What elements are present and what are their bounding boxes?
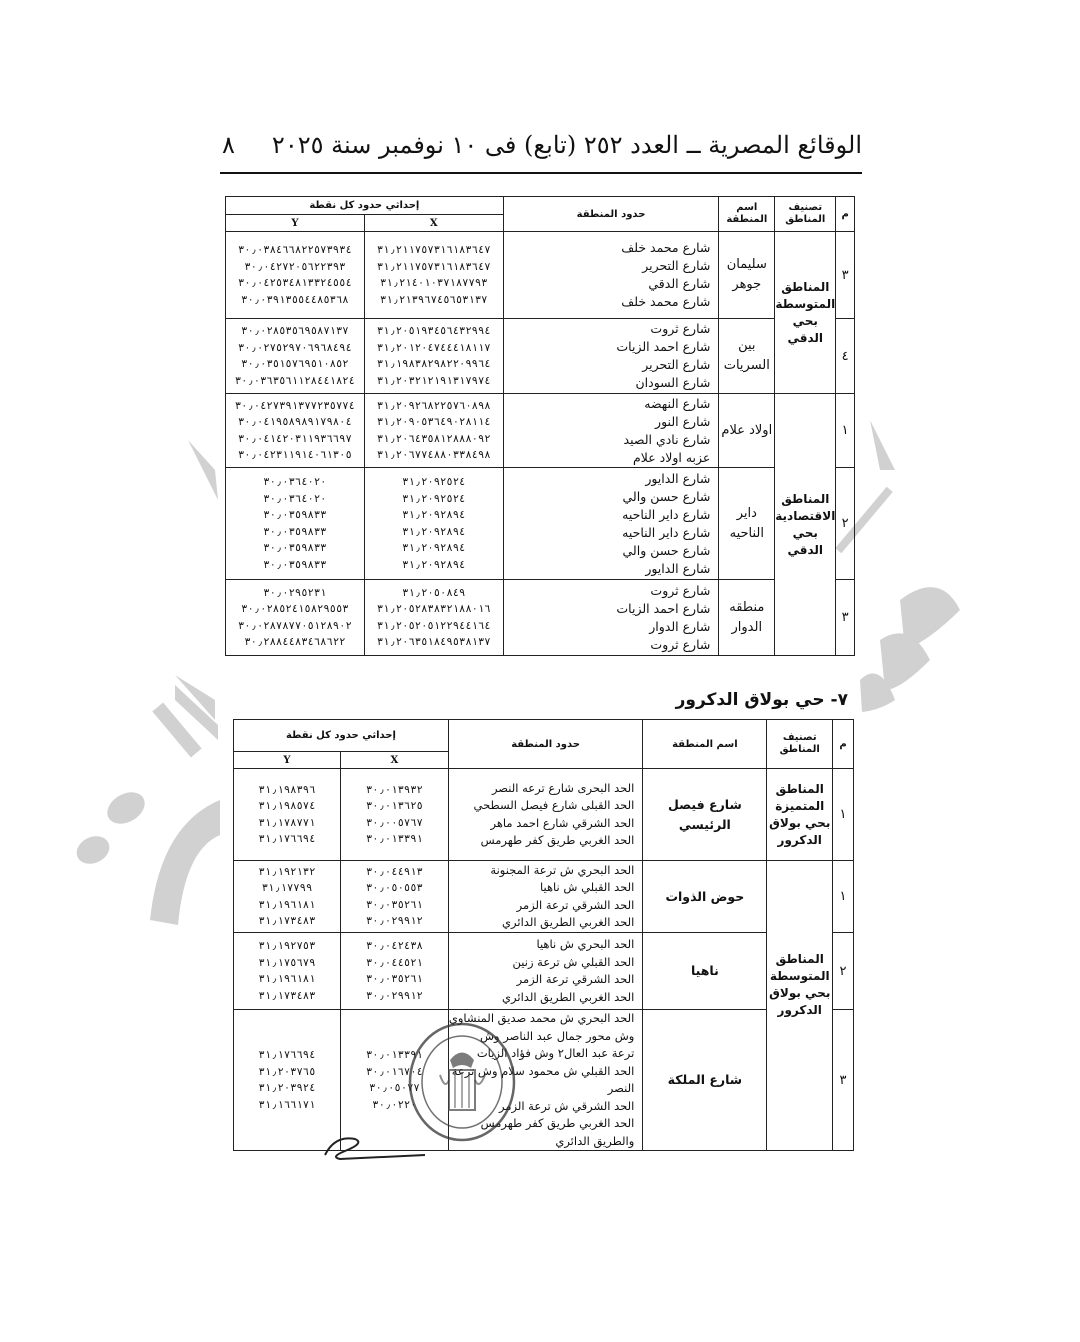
y-value: ٣٠٫٠٣٩١٣٥٥٤٤٨٥٣٦٨ — [226, 292, 364, 309]
street: شارع الدايور — [504, 470, 711, 488]
y-value: ٣١٫١٧٧٩٩ — [234, 880, 340, 897]
table-row: ١ المناطق المتوسطة بحي بولاق الدكرور حوض… — [234, 861, 854, 933]
row-index: ١ — [833, 861, 854, 933]
y-value: ٣٠٫٠٤١٩٥٨٩٨٩١٧٩٨٠٤ — [226, 414, 364, 431]
street: الحد البحري ش محمد صديق المنشاوي — [449, 1010, 634, 1028]
x-value: ٣٠٫٠٢٢٠ — [341, 1097, 448, 1114]
y-value: ٣١٫١٧٦٦٩٤ — [234, 831, 340, 848]
x-value: ٣١٫٢٠٦٧٧٤٨٨٠٣٣٨٤٩٨ — [365, 447, 503, 464]
y-value: ٣١٫١٩٦١٨١ — [234, 897, 340, 914]
table-row: ٢ داير الناحيه شارع الدايور شارع حسن وال… — [226, 468, 855, 580]
page-title: الوقائع المصرية ــ العدد ٢٥٢ (تابع) فى ١… — [272, 131, 862, 159]
y-value: ٣١٫٢٠٣٧٦٥ — [234, 1064, 340, 1081]
x-value: ٣١٫٢١١٧٥٧٣١٦١٨٣٦٤٧ — [365, 242, 503, 259]
table-row: ١ المناطق المتميزة بحي بولاق الدكرور شار… — [234, 769, 854, 861]
street: وش محور جمال عبد الناصر وش — [449, 1028, 634, 1046]
x-value: ٣٠٫٠٤٤٥٢١ — [341, 955, 448, 972]
row-area-name: حوض الذوات — [643, 861, 767, 933]
y-value: ٣٠٫٠٣٨٤٦٦٨٢٢٥٧٣٩٣٤ — [226, 242, 364, 259]
x-value: ٣١٫٢٠٩٢٨٩٤ — [365, 524, 503, 541]
y-value: ٣٠٫٠٢٧٥٢٩٧٠٦٩٦٨٤٩٤ — [226, 340, 364, 357]
row-area-name: سليمان جوهر — [719, 232, 775, 319]
x-value: ٣١٫٢١٣٩٦٧٤٥٦٥٣١٣٧ — [365, 292, 503, 309]
x-value: ٣٠٫٠١٣٦٢٥ — [341, 798, 448, 815]
street: والطريق الدائري — [449, 1133, 634, 1151]
col-header-coords: إحداثي حدود كل نقطة — [234, 720, 449, 752]
row-category: المناطق المتميزة بحي بولاق الدكرور — [767, 769, 833, 861]
y-value: ٣١٫١٩٨٣٩٦ — [234, 782, 340, 799]
y-value: ٣١٫٢٠٣٩٢٤ — [234, 1080, 340, 1097]
row-x-coords: ٣١٫٢٠٩٢٥٢٤ ٣١٫٢٠٩٢٥٢٤ ٣١٫٢٠٩٢٨٩٤ ٣١٫٢٠٩٢… — [364, 468, 503, 580]
y-value: ٣١٫١٩٨٥٧٤ — [234, 798, 340, 815]
col-header-y: Y — [226, 215, 365, 232]
row-x-coords: ٣٠٫٠٤٢٤٣٨ ٣٠٫٠٤٤٥٢١ ٣٠٫٠٣٥٢٦١ ٣٠٫٠٢٩٩١٢ — [340, 933, 448, 1010]
street: شارع الدوار — [504, 618, 711, 636]
row-streets: شارع ثروت شارع احمد الزيات شارع الدوار ش… — [503, 580, 719, 656]
x-value: ٣٠٫٠٥٠٧٧ — [341, 1080, 448, 1097]
row-index: ١ — [836, 394, 855, 468]
row-index: ٣ — [836, 580, 855, 656]
street: الحد الغربي طريق كفر طهرمس — [449, 832, 634, 850]
x-value: ٣١٫٢١١٧٥٧٣١٦١٨٣٦٤٧ — [365, 259, 503, 276]
street: شارع التحرير — [504, 356, 711, 374]
col-header-area-name: اسم المنطقة — [719, 197, 775, 232]
table-row: ٢ ناهيا الحد البحري ش ناهيا الحد القبلي … — [234, 933, 854, 1010]
street: شارع حسن والي — [504, 542, 711, 560]
x-value: ٣٠٫٠١٣٣٩١ — [341, 831, 448, 848]
col-header-coords: إحداثي حدود كل نقطة — [226, 197, 504, 215]
row-index: ٤ — [836, 319, 855, 394]
x-value: ٣١٫٢٠٥١٩٣٤٥٦٤٣٢٩٩٤ — [365, 323, 503, 340]
y-value: ٣١٫١٩٢٧٥٣ — [234, 938, 340, 955]
street: الحد الغربي الطريق الدائري — [449, 989, 634, 1007]
row-index: ٣ — [833, 1010, 854, 1151]
row-y-coords: ٣٠٫٠٢٩٥٢٣١ ٣٠٫٠٢٨٥٢٤١٥٨٢٩٥٥٣ ٣٠٫٠٢٨٧٨٧٧٠… — [226, 580, 365, 656]
col-header-y: Y — [234, 752, 341, 769]
street: الحد الشرقي ترعة الزمر — [449, 897, 634, 915]
x-value: ٣١٫٢٠٥٢٨٣٨٣٢١٨٨٠١٦ — [365, 601, 503, 618]
x-value: ٣١٫٢٠٦٤٣٥٨١٢٨٨٨٠٩٢ — [365, 431, 503, 448]
y-value: ٣٠٫٠٣٥٩٨٣٣ — [226, 557, 364, 574]
y-value: ٣٠٫٠٣٥٩٨٣٣ — [226, 540, 364, 557]
row-category: المناطق الاقتصادية بحي الدقي — [775, 394, 836, 656]
street: شارع احمد الزيات — [504, 338, 711, 356]
x-value: ٣١٫٢٠٩٠٥٣٦٤٩٠٢٨١١٤ — [365, 414, 503, 431]
row-area-name: بين السريات — [719, 319, 775, 394]
x-value: ٣١٫٢١٤٠١٠٣٧١٨٧٧٩٣ — [365, 275, 503, 292]
row-area-name: شارع فيصل الرئيسي — [643, 769, 767, 861]
street: شارع داير الناحيه — [504, 524, 711, 542]
row-x-coords: ٣١٫٢٠٥١٩٣٤٥٦٤٣٢٩٩٤ ٣١٫٢٠١٢٠٤٧٤٤٤١٨١١٧ ٣١… — [364, 319, 503, 394]
y-value: ٣٠٫٠٤٢٥٣٤٨١٣٣٢٤٥٥٤ — [226, 275, 364, 292]
col-header-x: X — [364, 215, 503, 232]
row-x-coords: ٣٠٫٠٤٤٩١٣ ٣٠٫٠٥٠٥٥٣ ٣٠٫٠٣٥٢٦١ ٣٠٫٠٢٩٩١٢ — [340, 861, 448, 933]
row-x-coords: ٣١٫٢١١٧٥٧٣١٦١٨٣٦٤٧ ٣١٫٢١١٧٥٧٣١٦١٨٣٦٤٧ ٣١… — [364, 232, 503, 319]
y-value: ٣٠٫٠٣٥٩٨٣٣ — [226, 507, 364, 524]
street: ترعة عبد العال٢ وش فؤاد الزيات — [449, 1045, 634, 1063]
x-value: ٣٠٫٠٢٩٩١٢ — [341, 988, 448, 1005]
table-row: ٣ المناطق المتوسطة بحي الدقي سليمان جوهر… — [226, 232, 855, 319]
y-value: ٣٠٫٠٢٨٥٢٤١٥٨٢٩٥٥٣ — [226, 601, 364, 618]
x-value: ٣١٫٢٠٩٢٥٢٤ — [365, 474, 503, 491]
header-divider — [220, 172, 862, 174]
y-value: ٣٠٫٠٤١٤٢٠٣١١٩٣٦٦٩٧ — [226, 431, 364, 448]
section-title: ٧- حي بولاق الدكرور — [600, 690, 848, 710]
row-y-coords: ٣١٫١٩٨٣٩٦ ٣١٫١٩٨٥٧٤ ٣١٫١٧٨٧٧١ ٣١٫١٧٦٦٩٤ — [234, 769, 341, 861]
row-index: ٢ — [836, 468, 855, 580]
row-index: ٣ — [836, 232, 855, 319]
street: شارع ثروت — [504, 636, 711, 654]
y-value: ٣٠٫٠٣٥٩٨٣٣ — [226, 524, 364, 541]
row-x-coords: ٣٠٫٠١٣٣٩١ ٣٠٫٠١٦٧٠٤ ٣٠٫٠٥٠٧٧ ٣٠٫٠٢٢٠ — [340, 1010, 448, 1151]
col-header-boundaries: حدود المنطقة — [503, 197, 719, 232]
row-y-coords: ٣١٫١٩٢٧٥٣ ٣١٫١٧٥٦٧٩ ٣١٫١٩٦١٨١ ٣١٫١٧٣٤٨٣ — [234, 933, 341, 1010]
y-value: ٣٠٫٠٤٢٧٣٩١٣٧٧٢٣٥٧٧٤ — [226, 398, 364, 415]
row-area-name: ناهيا — [643, 933, 767, 1010]
row-category: المناطق المتوسطة بحي الدقي — [775, 232, 836, 394]
street: شارع ثروت — [504, 320, 711, 338]
y-value: ٣٠٫٠٤٢٧٢٠٥٦٢٢٣٩٣ — [226, 259, 364, 276]
y-value: ٣٠٫٠٣٦٤٠٢٠ — [226, 474, 364, 491]
row-area-name: شارع الملكة — [643, 1010, 767, 1151]
y-value: ٣٠٫٠٢٩٥٢٣١ — [226, 585, 364, 602]
page-number: ٨ — [222, 131, 235, 159]
table-row: ٣ شارع الملكة الحد البحري ش محمد صديق ال… — [234, 1010, 854, 1151]
x-value: ٣٠٫٠٠٥٧٦٧ — [341, 815, 448, 832]
street: الحد الغربي الطريق الدائري — [449, 914, 634, 932]
row-x-coords: ٣٠٫٠١٣٩٣٢ ٣٠٫٠١٣٦٢٥ ٣٠٫٠٠٥٧٦٧ ٣٠٫٠١٣٣٩١ — [340, 769, 448, 861]
col-header-index: م — [833, 720, 854, 769]
zones-table-bulaq: م تصنيف المناطق اسم المنطقة حدود المنطقة… — [233, 719, 854, 1151]
x-value: ٣٠٫٠٣٥٢٦١ — [341, 897, 448, 914]
col-header-boundaries: حدود المنطقة — [448, 720, 642, 769]
col-header-area-name: اسم المنطقة — [643, 720, 767, 769]
y-value: ٣٠٫٢٨٨٤٤٨٣٤٦٨٦٢٢ — [226, 634, 364, 651]
x-value: ٣١٫٢٠١٢٠٤٧٤٤٤١٨١١٧ — [365, 340, 503, 357]
street: شارع الدقي — [504, 275, 711, 293]
row-streets: شارع محمد خلف شارع التحرير شارع الدقي شا… — [503, 232, 719, 319]
street: الحد القبلي ش ناهيا — [449, 879, 634, 897]
x-value: ٣٠٫٠٢٩٩١٢ — [341, 913, 448, 930]
row-area-name: منطقه الدوار — [719, 580, 775, 656]
street: شارع احمد الزيات — [504, 600, 711, 618]
col-header-category: تصنيف المناطق — [767, 720, 833, 769]
row-x-coords: ٣١٫٢٠٥٠٨٤٩ ٣١٫٢٠٥٢٨٣٨٣٢١٨٨٠١٦ ٣١٫٢٠٥٢٠٥١… — [364, 580, 503, 656]
x-value: ٣٠٫٠١٦٧٠٤ — [341, 1064, 448, 1081]
x-value: ٣١٫٢٠٩٢٦٨٢٢٥٧٦٠٨٩٨ — [365, 398, 503, 415]
y-value: ٣١٫١٩٢١٣٢ — [234, 864, 340, 881]
street: الحد الغربي طريق كفر طهرمس — [449, 1115, 634, 1133]
x-value: ٣١٫٢٠٩٢٥٢٤ — [365, 491, 503, 508]
zones-table-dokki: م تصنيف المناطق اسم المنطقة حدود المنطقة… — [225, 196, 855, 656]
street: الحد البحري ش ترعة المجنونة — [449, 862, 634, 880]
y-value: ٣١٫١٧٥٦٧٩ — [234, 955, 340, 972]
row-y-coords: ٣١٫١٧٦٦٩٤ ٣١٫٢٠٣٧٦٥ ٣١٫٢٠٣٩٢٤ ٣١٫١٦٦١٧١ — [234, 1010, 341, 1151]
row-y-coords: ٣١٫١٩٢١٣٢ ٣١٫١٧٧٩٩ ٣١٫١٩٦١٨١ ٣١٫١٧٣٤٨٣ — [234, 861, 341, 933]
x-value: ٣٠٫٠٤٤٩١٣ — [341, 864, 448, 881]
street: الحد القبلى شارع فيصل السطحي — [449, 797, 634, 815]
y-value: ٣١٫١٧٦٦٩٤ — [234, 1047, 340, 1064]
x-value: ٣٠٫٠٤٢٤٣٨ — [341, 938, 448, 955]
street: شارع محمد خلف — [504, 293, 711, 311]
street: الحد الشرقي شارع احمد ماهر — [449, 815, 634, 833]
street: شارع الدايور — [504, 560, 711, 578]
street: شارع التحرير — [504, 257, 711, 275]
street: شارع داير الناحيه — [504, 506, 711, 524]
y-value: ٣١٫١٦٦١٧١ — [234, 1097, 340, 1114]
table-row: ١ المناطق الاقتصادية بحي الدقي اولاد علا… — [226, 394, 855, 468]
row-streets: الحد البحرى شارع ترعه النصر الحد القبلى … — [448, 769, 642, 861]
y-value: ٣٠٫٠٣٥١٥٧٦٩٥١٠٨٥٢ — [226, 356, 364, 373]
row-y-coords: ٣٠٫٠٣٦٤٠٢٠ ٣٠٫٠٣٦٤٠٢٠ ٣٠٫٠٣٥٩٨٣٣ ٣٠٫٠٣٥٩… — [226, 468, 365, 580]
x-value: ٣١٫٢٠٩٢٨٩٤ — [365, 557, 503, 574]
street: الحد البحرى شارع ترعه النصر — [449, 780, 634, 798]
row-category: المناطق المتوسطة بحي بولاق الدكرور — [767, 861, 833, 1151]
y-value: ٣١٫١٧٣٤٨٣ — [234, 988, 340, 1005]
x-value: ٣١٫٢٠٣٢١٢١٩١٣١٧٩٧٤ — [365, 373, 503, 390]
street: شارع النور — [504, 413, 711, 431]
col-header-category: تصنيف المناطق — [775, 197, 836, 232]
street: الحد القبلي ش محمود سلام وش ترعة — [449, 1063, 634, 1081]
row-streets: الحد البحري ش محمد صديق المنشاوي وش محور… — [448, 1010, 642, 1151]
x-value: ٣٠٫٠٥٠٥٥٣ — [341, 880, 448, 897]
row-index: ١ — [833, 769, 854, 861]
street: شارع ثروت — [504, 582, 711, 600]
x-value: ٣١٫٢٠٥٢٠٥١٢٢٩٤٤١٦٤ — [365, 618, 503, 635]
row-area-name: اولاد علام — [719, 394, 775, 468]
y-value: ٣١٫١٩٦١٨١ — [234, 971, 340, 988]
x-value: ٣١٫١٩٨٣٨٢٩٨٢٢٠٩٩٦٤ — [365, 356, 503, 373]
street: شارع محمد خلف — [504, 239, 711, 257]
y-value: ٣٠٫٠٢٨٥٣٥٦٩٥٨٧١٣٧ — [226, 323, 364, 340]
street: الحد القبلي ش ترعة زنين — [449, 954, 634, 972]
y-value: ٣٠٫٠٣٦٣٥٦١١٢٨٤٤١٨٢٤ — [226, 373, 364, 390]
row-y-coords: ٣٠٫٠٣٨٤٦٦٨٢٢٥٧٣٩٣٤ ٣٠٫٠٤٢٧٢٠٥٦٢٢٣٩٣ ٣٠٫٠… — [226, 232, 365, 319]
street: الحد الشرقي ترعة الزمر — [449, 971, 634, 989]
street: الحد البحري ش ناهيا — [449, 936, 634, 954]
street: شارع حسن والي — [504, 488, 711, 506]
col-header-index: م — [836, 197, 855, 232]
street: شارع نادي الصيد — [504, 431, 711, 449]
y-value: ٣١٫١٧٣٤٨٣ — [234, 913, 340, 930]
y-value: ٣١٫١٧٨٧٧١ — [234, 815, 340, 832]
row-streets: شارع النهضه شارع النور شارع نادي الصيد ع… — [503, 394, 719, 468]
x-value: ٣١٫٢٠٥٠٨٤٩ — [365, 585, 503, 602]
row-y-coords: ٣٠٫٠٤٢٧٣٩١٣٧٧٢٣٥٧٧٤ ٣٠٫٠٤١٩٥٨٩٨٩١٧٩٨٠٤ ٣… — [226, 394, 365, 468]
row-streets: شارع ثروت شارع احمد الزيات شارع التحرير … — [503, 319, 719, 394]
street: شارع النهضه — [504, 395, 711, 413]
page-header: الوقائع المصرية ــ العدد ٢٥٢ (تابع) فى ١… — [222, 125, 862, 165]
x-value: ٣٠٫٠٣٥٢٦١ — [341, 971, 448, 988]
x-value: ٣٠٫٠١٣٣٩١ — [341, 1047, 448, 1064]
row-streets: شارع الدايور شارع حسن والي شارع داير الن… — [503, 468, 719, 580]
x-value: ٣١٫٢٠٦٣٥١٨٤٩٥٣٨١٣٧ — [365, 634, 503, 651]
table-row: ٤ بين السريات شارع ثروت شارع احمد الزيات… — [226, 319, 855, 394]
street: الحد الشرقي ش ترعة الزمر — [449, 1098, 634, 1116]
x-value: ٣١٫٢٠٩٢٨٩٤ — [365, 507, 503, 524]
street: النصر — [449, 1080, 634, 1098]
x-value: ٣١٫٢٠٩٢٨٩٤ — [365, 540, 503, 557]
row-y-coords: ٣٠٫٠٢٨٥٣٥٦٩٥٨٧١٣٧ ٣٠٫٠٢٧٥٢٩٧٠٦٩٦٨٤٩٤ ٣٠٫… — [226, 319, 365, 394]
y-value: ٣٠٫٠٣٦٤٠٢٠ — [226, 491, 364, 508]
row-x-coords: ٣١٫٢٠٩٢٦٨٢٢٥٧٦٠٨٩٨ ٣١٫٢٠٩٠٥٣٦٤٩٠٢٨١١٤ ٣١… — [364, 394, 503, 468]
y-value: ٣٠٫٠٢٨٧٨٧٧٠٥١٢٨٩٠٢ — [226, 618, 364, 635]
row-streets: الحد البحري ش ترعة المجنونة الحد القبلي … — [448, 861, 642, 933]
row-index: ٢ — [833, 933, 854, 1010]
row-area-name: داير الناحيه — [719, 468, 775, 580]
row-streets: الحد البحري ش ناهيا الحد القبلي ش ترعة ز… — [448, 933, 642, 1010]
col-header-x: X — [340, 752, 448, 769]
x-value: ٣٠٫٠١٣٩٣٢ — [341, 782, 448, 799]
table-row: ٣ منطقه الدوار شارع ثروت شارع احمد الزيا… — [226, 580, 855, 656]
street: شارع السودان — [504, 374, 711, 392]
y-value: ٣٠٫٠٤٢٣١١٩١٤٠٦١٣٠٥ — [226, 447, 364, 464]
street: عزبه اولاد علام — [504, 449, 711, 467]
